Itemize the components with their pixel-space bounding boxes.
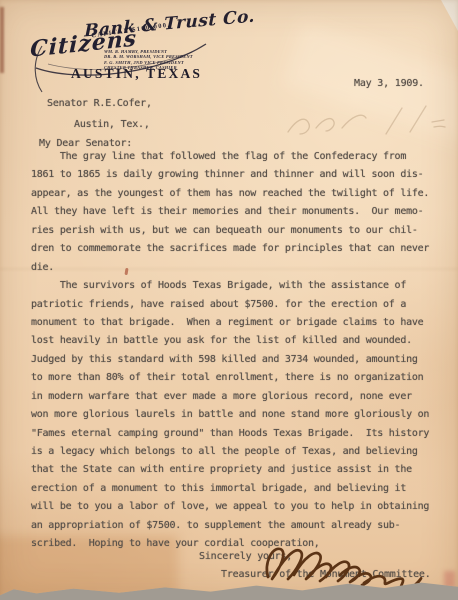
body-line: dren to commemorate the sacrifices made …	[31, 240, 439, 258]
scanned-letter: CAPITAL $100,000. Bank & Trust Co. Citiz…	[0, 0, 458, 600]
body-line: won more glorious laurels in battle and …	[31, 406, 439, 424]
letterhead-city: AUSTIN, TEXAS	[71, 66, 202, 82]
body-line: appear, as the youngest of them has now …	[31, 185, 439, 203]
torn-paper-corner	[441, 0, 458, 31]
pink-smudge	[444, 571, 455, 588]
signature-w-r-hamby	[260, 537, 435, 593]
body-line: Judged by this standard with 598 killed …	[31, 351, 439, 369]
body-line: will be to you a labor of love, we appea…	[31, 498, 439, 516]
body-line: ries perish with us, but we can bequeath…	[31, 222, 439, 240]
letter-paper: CAPITAL $100,000. Bank & Trust Co. Citiz…	[0, 0, 458, 600]
body-line: that the State can with entire propriety…	[31, 461, 439, 479]
body-line: erection of a monument to this immortal …	[31, 480, 439, 498]
recipient-city: Austin, Tex.,	[74, 119, 150, 130]
body-line: an appropriation of $7500. to supplement…	[31, 517, 439, 535]
body-line: 1861 to 1865 is daily growing thinner an…	[31, 166, 439, 184]
pencil-annotation	[282, 98, 450, 150]
paper-edge-stain	[0, 7, 4, 73]
letter-date: May 3, 1909.	[354, 78, 424, 89]
officer-vice-president: DR. B. M. WORSHAM, VICE PRESIDENT	[104, 54, 193, 59]
body-line: lost heavily in battle you ask for the l…	[31, 332, 439, 350]
body-line: The gray line that followed the flag of …	[31, 148, 439, 166]
body-line: in modern warfare that ever made a more …	[31, 388, 439, 406]
body-line: patriotic friends, have raised about $75…	[31, 296, 439, 314]
letter-body: The gray line that followed the flag of …	[31, 148, 439, 554]
body-line: to more than 80% of their total enrollme…	[31, 369, 439, 387]
body-line: All they have left is their memories and…	[31, 203, 439, 221]
body-line: "Fames eternal camping ground" than Hood…	[31, 425, 439, 443]
body-line: monument to that brigade. When a regimen…	[31, 314, 439, 332]
body-line: die.	[31, 259, 439, 277]
recipient-name: Senator R.E.Cofer,	[47, 98, 152, 109]
body-line: is a legacy which belongs to all the peo…	[31, 443, 439, 461]
body-line: The survivors of Hoods Texas Brigade, wi…	[31, 277, 439, 295]
